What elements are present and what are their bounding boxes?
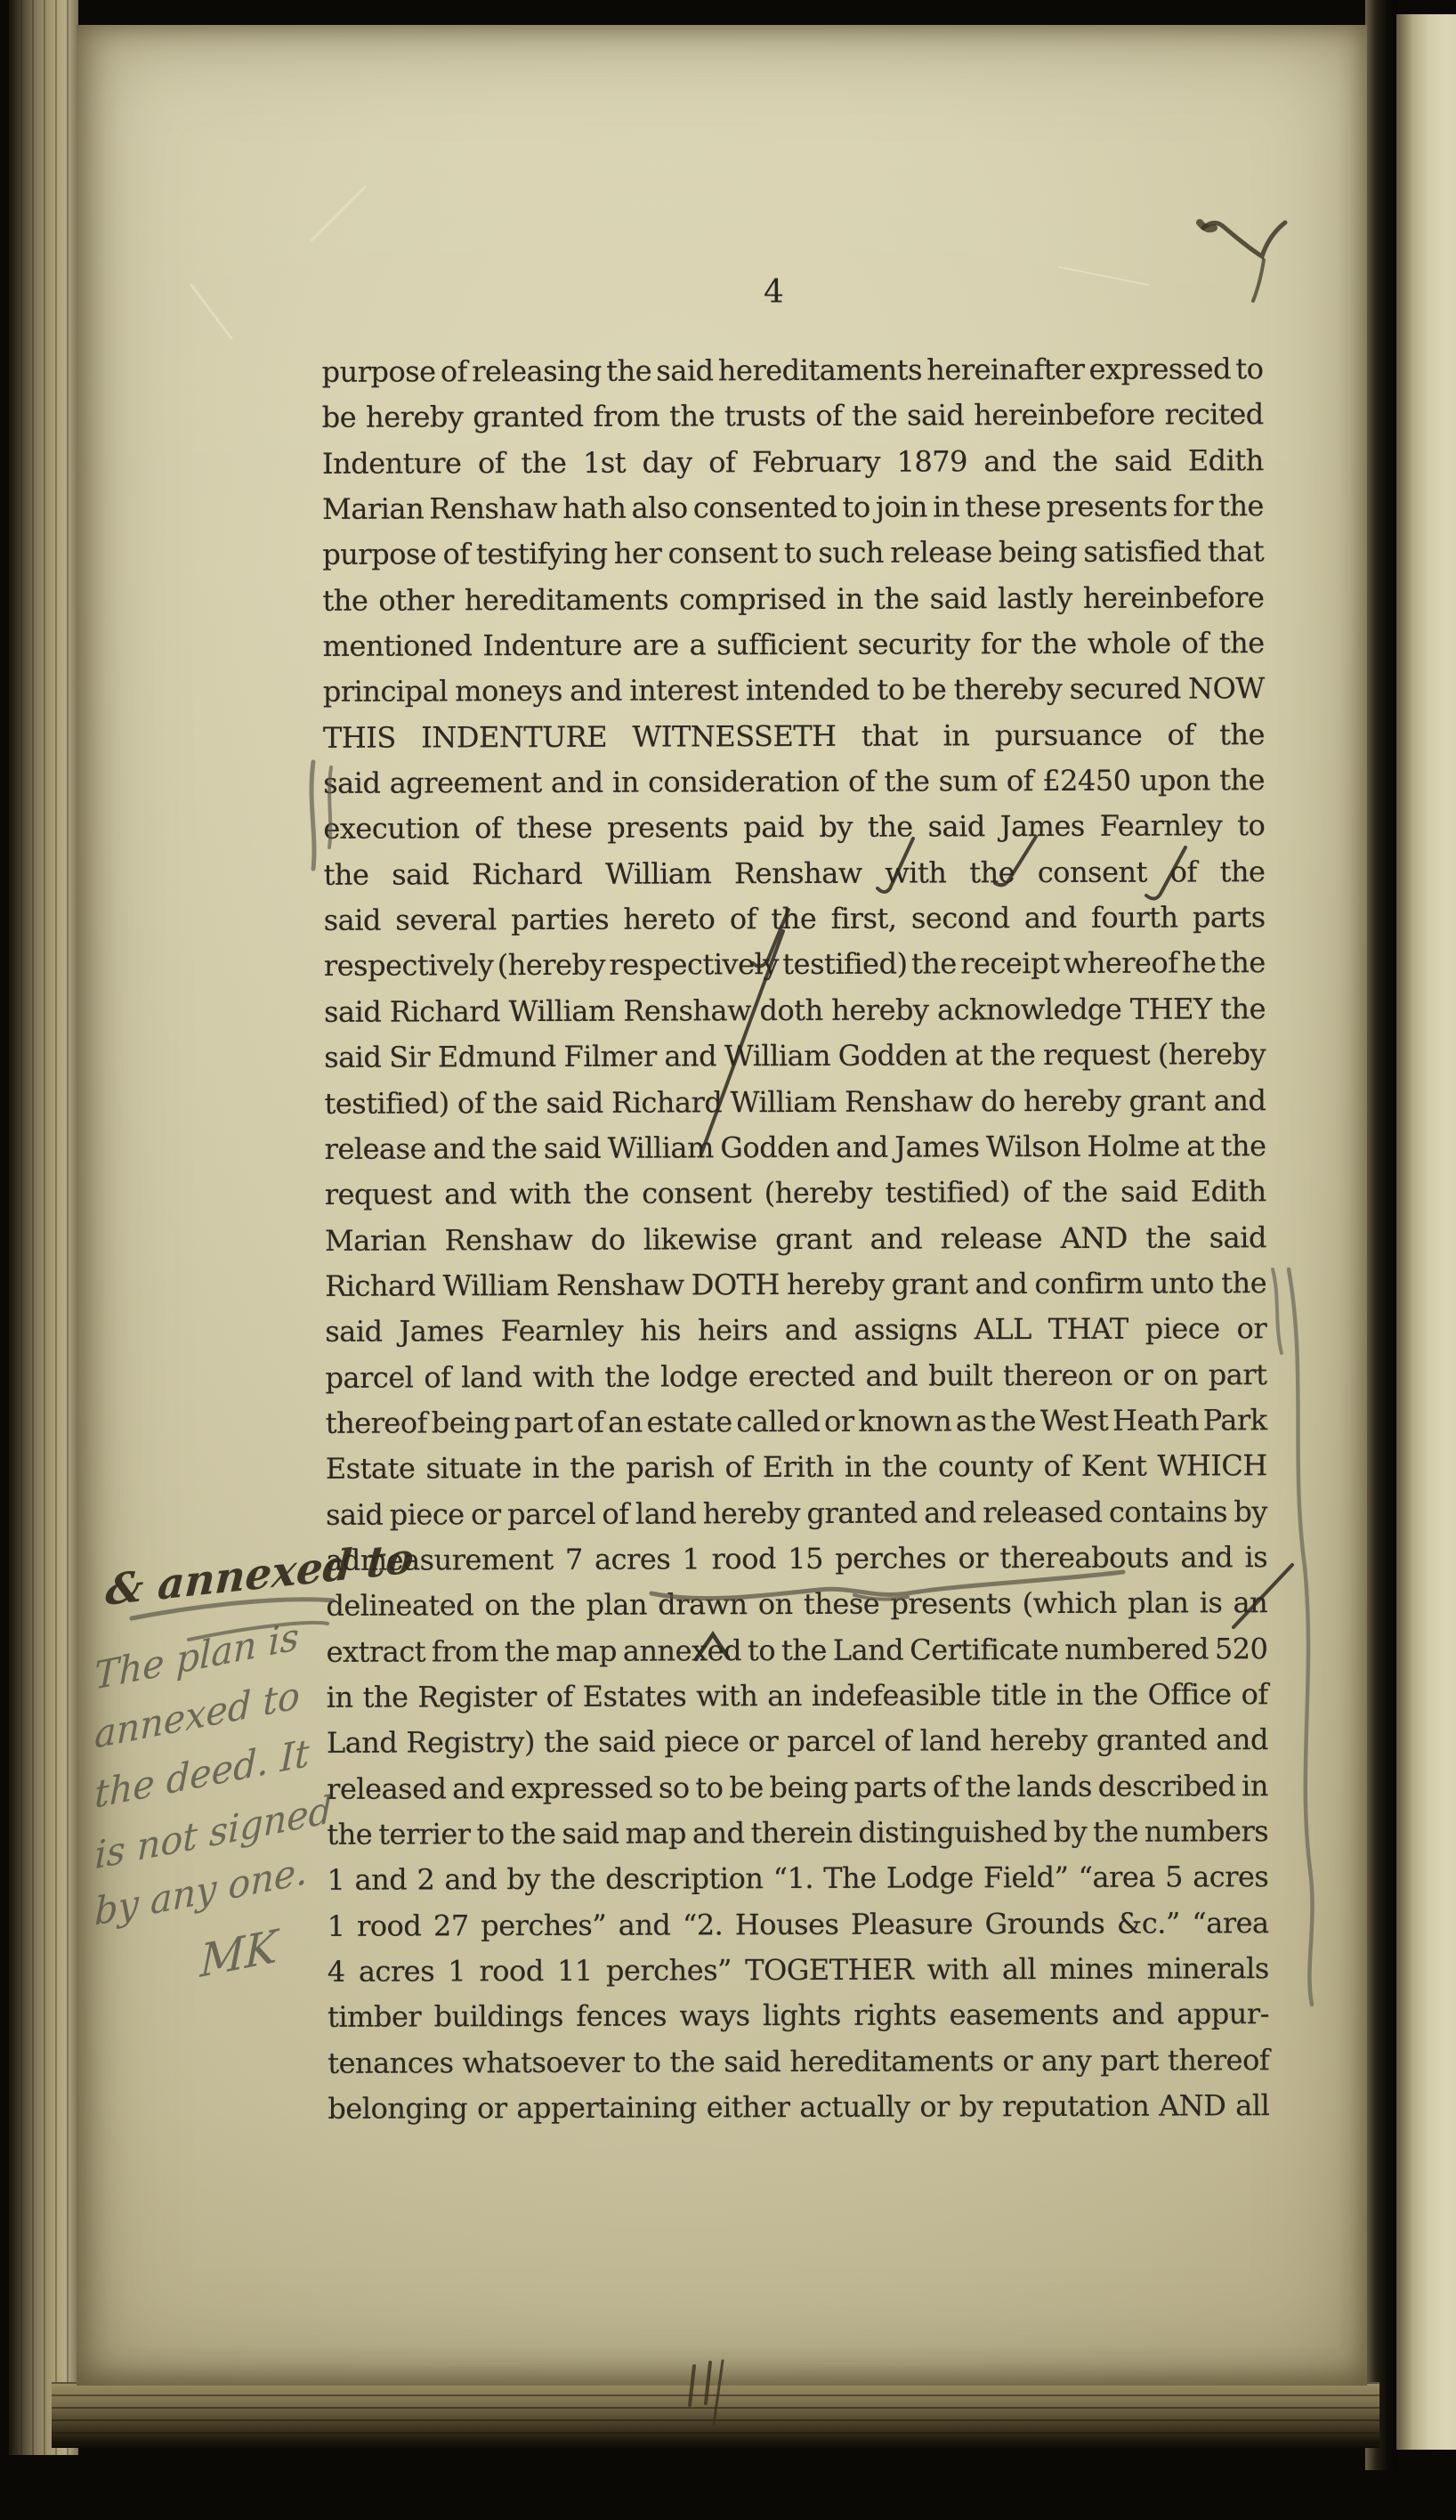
text-line: LandRegistry)thesaidpieceorparceloflandh… (327, 1725, 1268, 1774)
text-line: thesaidRichardWilliamRenshawwiththeconse… (323, 857, 1265, 906)
text-line: respectively(herebyrespectivelytestified… (324, 949, 1266, 998)
text-line: RichardWilliamRenshawDOTHherebygrantandc… (325, 1268, 1266, 1317)
text-line: Indentureofthe1stdayofFebruary1879andthe… (322, 446, 1264, 495)
text-line: purposeoftestifyingherconsenttosuchrelea… (322, 538, 1264, 587)
text-line: saidRichardWilliamRenshawdothherebyackno… (324, 994, 1266, 1043)
text-line: EstatesituateintheparishofErithinthecoun… (326, 1451, 1267, 1500)
text-line: theotherhereditamentscomprisedinthesaidl… (322, 583, 1264, 632)
text-line: thereofbeingpartofanestatecalledorknowna… (326, 1406, 1267, 1454)
page-number: 4 (676, 274, 872, 311)
book-gutter-shadow (1365, 0, 1397, 2470)
body-text: purposeofreleasingthesaidhereditamentshe… (322, 354, 1270, 2140)
facing-page-sliver (1396, 14, 1456, 2450)
text-line: purposeofreleasingthesaidhereditamentshe… (322, 354, 1264, 403)
text-line: 1and2andbythedescription“1.TheLodgeField… (327, 1862, 1268, 1911)
text-line: releaseandthesaidWilliamGoddenandJamesWi… (325, 1131, 1266, 1180)
text-line: delineatedontheplandrawnonthesepresents(… (326, 1588, 1267, 1637)
text-line: executionofthesepresentspaidbythesaidJam… (323, 812, 1265, 861)
text-line: admeasurement7acres1rood15perchesorthere… (326, 1543, 1267, 1592)
text-line: MarianRenshawhathalsoconsentedtojoininth… (322, 491, 1264, 540)
text-line: 4acres1rood11perches”TOGETHERwithallmine… (328, 1954, 1269, 2003)
text-line: MarianRenshawdolikewisegrantandreleaseAN… (325, 1223, 1266, 1272)
text-line: saidSirEdmundFilmerandWilliamGoddenatthe… (324, 1040, 1266, 1089)
text-line: testified)ofthesaidRichardWilliamRenshaw… (324, 1086, 1266, 1135)
text-line: 1rood27perches”and“2.HousesPleasureGroun… (328, 1908, 1269, 1957)
text-line: saidJamesFearnleyhisheirsandassignsALLTH… (325, 1314, 1266, 1363)
text-line: saidseveralpartiesheretoofthefirst,secon… (324, 903, 1266, 952)
text-line: tenanceswhatsoevertothesaidhereditaments… (328, 2046, 1269, 2095)
text-line: THISINDENTUREWITNESSETHthatinpursuanceof… (323, 720, 1265, 769)
book-scan-photo: 4 purposeofreleasingthesaidhereditaments… (0, 0, 1456, 2520)
text-line: requestandwiththeconsent(herebytestified… (325, 1177, 1266, 1226)
text-line: parceloflandwiththelodgeerectedandbuiltt… (325, 1360, 1266, 1409)
text-line: beherebygrantedfromthetrustsofthesaidher… (322, 401, 1264, 450)
text-line: belongingorappertainingeitheractuallyorb… (328, 2091, 1269, 2140)
text-line: intheRegisterofEstateswithanindefeasible… (327, 1680, 1268, 1729)
text-line: theterriertothesaidmapandthereindistingu… (327, 1817, 1268, 1866)
text-line: mentionedIndentureareasufficientsecurity… (323, 628, 1265, 677)
text-line: releasedandexpressedsotobebeingpartsofth… (327, 1771, 1268, 1820)
text-line: saidagreementandinconsiderationofthesumo… (323, 766, 1265, 814)
left-page-stack-edge (9, 0, 78, 2455)
text-line: saidpieceorparceloflandherebygrantedandr… (326, 1497, 1267, 1546)
text-line: extractfromthemapannexedtotheLandCertifi… (327, 1634, 1268, 1683)
bottom-page-edges (52, 2382, 1379, 2448)
text-line: principalmoneysandinterestintendedtobeth… (323, 675, 1265, 724)
text-line: timberbuildingsfenceswayslightsrightseas… (328, 2000, 1269, 2049)
